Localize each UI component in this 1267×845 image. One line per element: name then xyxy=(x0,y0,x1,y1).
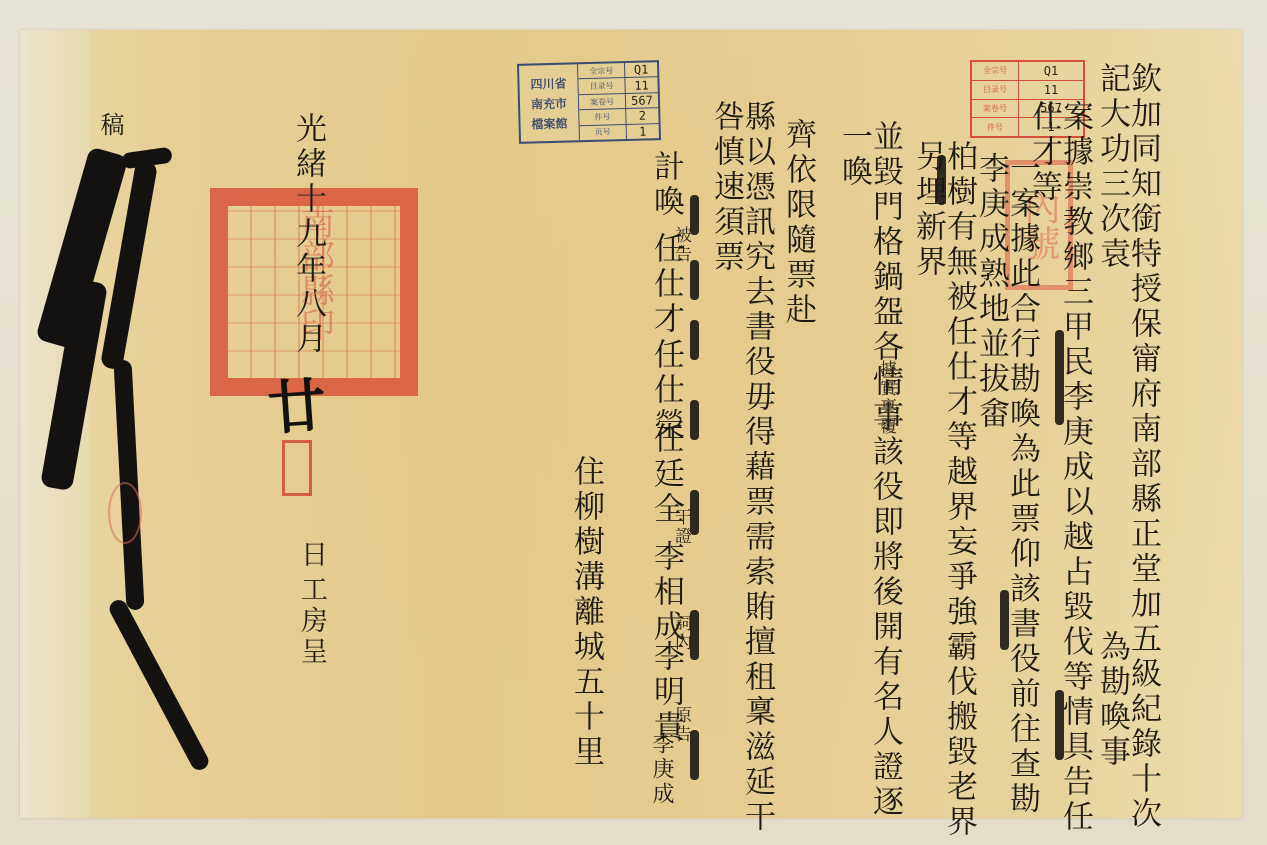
stamp-title-line: 檔案館 xyxy=(531,114,567,132)
check-mark xyxy=(690,490,699,535)
person-name-defendant-1: 任仕才 xyxy=(650,232,681,337)
person-name-plaintiff: 李庚成 xyxy=(650,732,672,807)
interlinear-note: 據實稟覆 xyxy=(877,360,894,436)
check-mark xyxy=(1000,590,1009,650)
column-damage-details: 並毀門格鍋盌各情事該役即將後開有名人證逐一喚 xyxy=(838,120,900,845)
stamp-value: 567 xyxy=(626,93,658,108)
archive-stamp-title: 四川省 南充市 檔案館 xyxy=(519,64,580,142)
column-inspection-details: 柏樹有無被任仕才等越界妄爭強霸伐搬毀老界另埋新界 xyxy=(912,140,974,845)
stamp-row: 全宗号Q1 xyxy=(972,62,1083,81)
stamp-label: 全宗号 xyxy=(972,62,1019,80)
role-label-plaintiff: 原告 xyxy=(672,706,689,744)
archive-catalog-stamp-blue: 四川省 南充市 檔案館 全宗号Q1 目录号11 案卷号567 件号2 页号1 xyxy=(517,60,661,144)
column-residence: 住柳樹溝離城五十里 xyxy=(570,455,601,770)
draft-mark: 稿 xyxy=(98,112,122,140)
column-matter-heading: 為勘喚事 xyxy=(1096,630,1127,770)
stamp-label: 页号 xyxy=(580,125,627,141)
check-mark xyxy=(690,320,699,360)
stamp-value: 11 xyxy=(1019,81,1083,99)
check-mark xyxy=(690,610,699,660)
stamp-label: 件号 xyxy=(579,109,626,125)
stamp-value: Q1 xyxy=(1019,62,1083,80)
stamp-title-line: 四川省 xyxy=(530,74,566,92)
small-red-seal xyxy=(282,440,312,496)
small-oval-seal xyxy=(108,482,142,544)
issue-date: 光緒十九年八月 xyxy=(292,112,323,357)
clerk-office-note: 工房呈 xyxy=(298,575,325,668)
stamp-row: 页号1 xyxy=(580,124,659,140)
column-order: 一案據此合行勘喚為此票仰該書役前往查勘李庚成熟地並拔畬 xyxy=(975,152,1037,845)
check-mark xyxy=(1055,330,1064,425)
stamp-label: 件号 xyxy=(972,118,1019,136)
column-summon-list-heading: 計喚 xyxy=(650,150,681,220)
stamp-label: 全宗号 xyxy=(578,63,625,79)
check-mark xyxy=(690,730,699,780)
stamp-value: 2 xyxy=(626,108,658,123)
magistrate-signature: 廿 xyxy=(266,376,328,438)
stamp-label: 案卷号 xyxy=(579,94,626,110)
stamp-value: Q1 xyxy=(625,62,657,77)
check-mark xyxy=(1055,690,1064,760)
stamp-value: 1 xyxy=(627,124,659,139)
check-mark xyxy=(690,400,699,440)
stamp-row: 目录号11 xyxy=(972,81,1083,100)
column-prohibition: 縣以憑訊究去書役毋得藉票需索賄擅租稟滋延干咎慎速須票 xyxy=(710,100,772,845)
stamp-label: 目录号 xyxy=(578,78,625,94)
stamp-label: 案卷号 xyxy=(972,100,1019,118)
stamp-title-line: 南充市 xyxy=(531,94,567,112)
stamp-value: 11 xyxy=(625,78,657,93)
column-summon-deadline: 齊依限隨票赴 xyxy=(782,118,813,328)
stamp-label: 目录号 xyxy=(972,81,1019,99)
day-mark: 日 xyxy=(298,540,325,571)
check-mark xyxy=(690,195,699,235)
check-mark xyxy=(937,155,946,205)
check-mark xyxy=(690,260,699,300)
